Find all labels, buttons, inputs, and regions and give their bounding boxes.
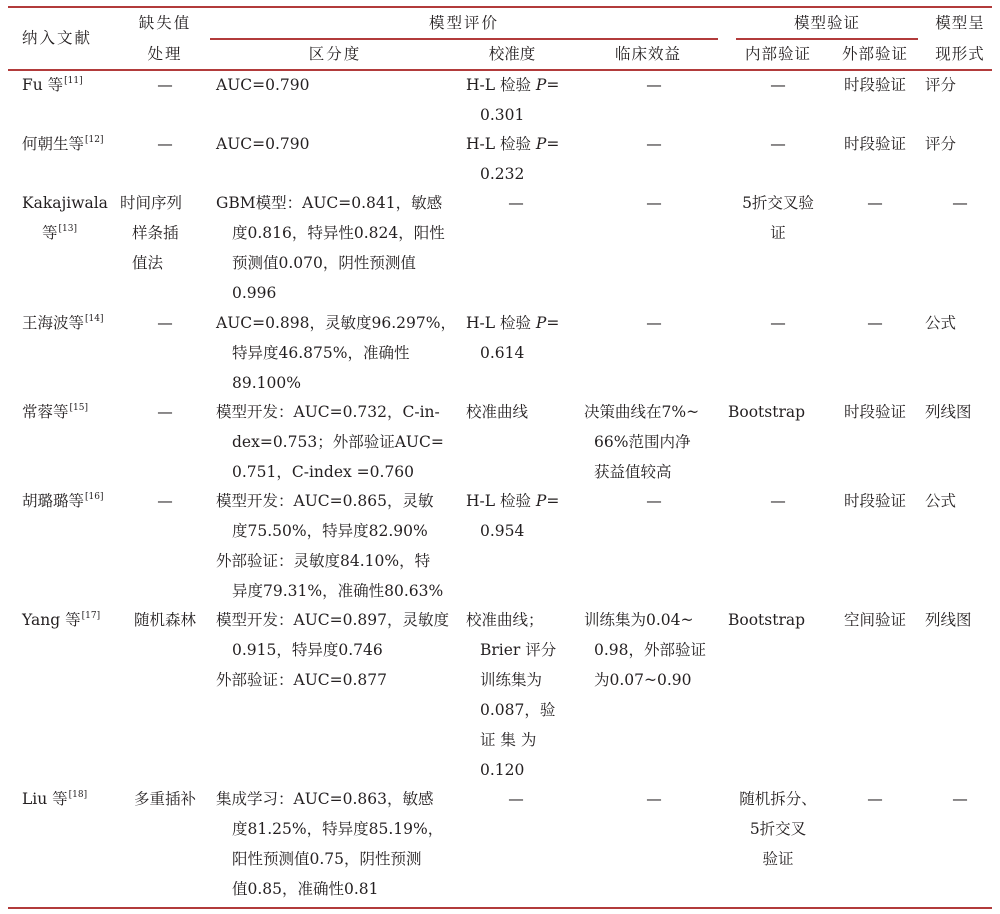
header-external: 外部验证 [825,39,925,69]
clinical-cell: — [584,188,724,218]
p-value-symbol: P [536,314,546,332]
header-discrimination: 区分度 [210,39,460,69]
clinical-line: — [584,486,724,516]
internal-line: — [728,129,828,159]
study-name: Kakajiwala [22,188,108,218]
clinical-line: 训练集为0.04~ [584,605,724,635]
missing-cell: 时间序列样条插值法 [120,188,210,278]
calibration-cell: H-L 检验 P=0.232 [466,129,566,189]
missing-line: — [120,129,210,159]
reference-number: [17] [82,611,100,621]
calibration-line: 0.954 [466,516,566,546]
missing-cell: — [120,129,210,159]
calibration-line: H-L 检验 P= [466,308,566,338]
calibration-line: H-L 检验 P= [466,129,566,159]
study-cell: Liu 等[18] [22,784,87,814]
presentation-cell: 列线图 [925,605,995,635]
header-missing-line2: 处理 [120,39,210,69]
reference-number: [11] [64,76,82,86]
header-presentation-line2: 现形式 [925,39,995,69]
discrimination-line: 度0.816，特异性0.824，阳性 [216,218,460,248]
calibration-line: — [466,188,566,218]
presentation-cell: 评分 [925,129,995,159]
calibration-cell: 校准曲线；Brier 评分训练集为0.087，验证 集 为0.120 [466,605,566,785]
clinical-cell: — [584,784,724,814]
external-line: — [825,784,925,814]
calibration-cell: — [466,784,566,814]
presentation-line: 评分 [925,70,995,100]
presentation-cell: 公式 [925,308,995,338]
external-cell: — [825,188,925,218]
presentation-line: 公式 [925,486,995,516]
discrimination-line: dex=0.753；外部验证AUC= [216,427,460,457]
clinical-line: — [584,70,724,100]
external-line: 时段验证 [825,486,925,516]
missing-line: — [120,70,210,100]
external-line: 空间验证 [825,605,925,635]
internal-line: — [728,70,828,100]
reference-number: [12] [85,135,103,145]
presentation-line: 列线图 [925,397,995,427]
header-calibration: 校准度 [462,39,562,69]
discrimination-line: 模型开发：AUC=0.732，C-in- [216,397,460,427]
study-cell: 何朝生等[12] [22,129,104,159]
discrimination-cell: AUC=0.898，灵敏度96.297%，特异度46.875%，准确性89.10… [216,308,460,398]
calibration-line: 0.232 [466,159,566,189]
calibration-line: 0.301 [466,100,566,130]
p-value-symbol: P [536,76,546,94]
presentation-cell: — [925,188,995,218]
study-name: 常蓉等 [22,403,69,421]
presentation-line: 列线图 [925,605,995,635]
clinical-cell: — [584,129,724,159]
header-missing-line1: 缺失值 [120,8,210,38]
internal-line: Bootstrap [728,397,828,427]
internal-line: 5折交叉验 [728,188,828,218]
p-value-symbol: P [536,135,546,153]
calibration-cell: — [466,188,566,218]
reference-number: [18] [69,790,87,800]
missing-line: 时间序列 [120,188,210,218]
clinical-line: 决策曲线在7%~ [584,397,724,427]
discrimination-line: AUC=0.790 [216,70,460,100]
clinical-cell: 训练集为0.04~0.98，外部验证为0.07~0.90 [584,605,724,695]
discrimination-cell: 模型开发：AUC=0.732，C-in-dex=0.753；外部验证AUC=0.… [216,397,460,487]
discrimination-line: 0.996 [216,278,460,308]
calibration-line: 证 集 为 [466,725,566,755]
external-cell: 时段验证 [825,486,925,516]
discrimination-cell: 模型开发：AUC=0.865，灵敏度75.50%，特异度82.90%外部验证：灵… [216,486,460,606]
external-line: — [825,308,925,338]
missing-cell: — [120,486,210,516]
calibration-line: H-L 检验 P= [466,70,566,100]
presentation-cell: 列线图 [925,397,995,427]
study-cell: Yang 等[17] [22,605,100,635]
external-cell: 时段验证 [825,70,925,100]
internal-cell: — [728,129,828,159]
study-cell: 王海波等[14] [22,308,104,338]
calibration-line: 训练集为 [466,665,566,695]
internal-cell: — [728,70,828,100]
p-value-symbol: P [536,492,546,510]
clinical-cell: — [584,70,724,100]
clinical-line: — [584,784,724,814]
discrimination-line: 89.100% [216,368,460,398]
internal-line: 5折交叉 [728,814,828,844]
missing-line: — [120,397,210,427]
clinical-line: — [584,308,724,338]
discrimination-cell: AUC=0.790 [216,70,460,100]
reference-number: [13] [59,224,77,234]
internal-line: 随机拆分、 [728,784,828,814]
study-cell: 常蓉等[15] [22,397,88,427]
discrimination-line: 0.915，特异度0.746 [216,635,460,665]
clinical-line: — [584,129,724,159]
study-cell: 胡璐璐等[16] [22,486,104,516]
header-validation-group: 模型验证 [736,8,918,38]
study-name: 胡璐璐等 [22,492,84,510]
missing-line: 样条插 [120,218,210,248]
discrimination-cell: GBM模型：AUC=0.841，敏感度0.816，特异性0.824，阳性预测值0… [216,188,460,308]
reference-number: [16] [85,492,103,502]
calibration-line: 校准曲线； [466,605,566,635]
discrimination-line: GBM模型：AUC=0.841，敏感 [216,188,460,218]
discrimination-cell: 集成学习：AUC=0.863，敏感度81.25%，特异度85.19%，阳性预测值… [216,784,460,904]
missing-line: 值法 [120,248,210,278]
calibration-cell: 校准曲线 [466,397,566,427]
clinical-line: 获益值较高 [584,457,724,487]
reference-number: [14] [85,314,103,324]
external-cell: 时段验证 [825,397,925,427]
clinical-line: — [584,188,724,218]
header-internal: 内部验证 [728,39,828,69]
internal-cell: — [728,486,828,516]
clinical-cell: — [584,486,724,516]
internal-line: Bootstrap [728,605,828,635]
internal-line: — [728,486,828,516]
calibration-cell: H-L 检验 P=0.614 [466,308,566,368]
header-presentation-line1: 模型呈 [925,8,995,38]
external-line: — [825,188,925,218]
presentation-line: 评分 [925,129,995,159]
internal-cell: 随机拆分、5折交叉验证 [728,784,828,874]
study-cell: Kakajiwala等[13] [22,188,108,248]
discrimination-line: AUC=0.790 [216,129,460,159]
clinical-line: 66%范围内净 [584,427,724,457]
discrimination-line: 外部验证：AUC=0.877 [216,665,460,695]
discrimination-line: 预测值0.070，阴性预测值 [216,248,460,278]
study-name: Yang 等 [22,611,81,629]
header-evaluation-group: 模型评价 [210,8,718,38]
missing-cell: 随机森林 [120,605,210,635]
header-study: 纳入文献 [22,23,92,53]
calibration-line: 0.614 [466,338,566,368]
external-line: 时段验证 [825,129,925,159]
calibration-cell: H-L 检验 P=0.301 [466,70,566,130]
reference-number: [15] [70,403,88,413]
missing-cell: — [120,308,210,338]
internal-line: 证 [728,218,828,248]
bottom-rule [8,907,992,909]
presentation-line: 公式 [925,308,995,338]
discrimination-line: 阳性预测值0.75，阴性预测 [216,844,460,874]
external-line: 时段验证 [825,70,925,100]
missing-line: — [120,486,210,516]
calibration-line: 0.120 [466,755,566,785]
header-clinical-benefit: 临床效益 [578,39,718,69]
internal-cell: 5折交叉验证 [728,188,828,248]
discrimination-line: 度75.50%，特异度82.90% [216,516,460,546]
discrimination-line: 异度79.31%，准确性80.63% [216,576,460,606]
internal-cell: — [728,308,828,338]
study-name: 何朝生等 [22,135,84,153]
discrimination-line: 模型开发：AUC=0.897，灵敏度 [216,605,460,635]
presentation-cell: — [925,784,995,814]
missing-line: 多重插补 [120,784,210,814]
internal-cell: Bootstrap [728,605,828,635]
external-cell: 空间验证 [825,605,925,635]
clinical-line: 0.98，外部验证 [584,635,724,665]
external-cell: — [825,308,925,338]
internal-line: 验证 [728,844,828,874]
missing-cell: — [120,70,210,100]
calibration-line: 校准曲线 [466,397,566,427]
calibration-line: — [466,784,566,814]
calibration-cell: H-L 检验 P=0.954 [466,486,566,546]
discrimination-line: 0.751，C-index =0.760 [216,457,460,487]
study-name: 王海波等 [22,314,84,332]
calibration-line: H-L 检验 P= [466,486,566,516]
missing-cell: 多重插补 [120,784,210,814]
discrimination-line: AUC=0.898，灵敏度96.297%， [216,308,460,338]
internal-line: — [728,308,828,338]
presentation-line: — [925,784,995,814]
calibration-line: 0.087，验 [466,695,566,725]
discrimination-line: 特异度46.875%，准确性 [216,338,460,368]
missing-cell: — [120,397,210,427]
discrimination-line: 度81.25%，特异度85.19%， [216,814,460,844]
study-name: Fu 等 [22,76,63,94]
presentation-line: — [925,188,995,218]
missing-line: — [120,308,210,338]
discrimination-line: 集成学习：AUC=0.863，敏感 [216,784,460,814]
presentation-cell: 公式 [925,486,995,516]
external-line: 时段验证 [825,397,925,427]
discrimination-cell: 模型开发：AUC=0.897，灵敏度0.915，特异度0.746外部验证：AUC… [216,605,460,695]
missing-line: 随机森林 [120,605,210,635]
calibration-line: Brier 评分 [466,635,566,665]
discrimination-cell: AUC=0.790 [216,129,460,159]
study-name-cont: 等[13] [22,218,108,248]
discrimination-line: 外部验证：灵敏度84.10%，特 [216,546,460,576]
internal-cell: Bootstrap [728,397,828,427]
presentation-cell: 评分 [925,70,995,100]
discrimination-line: 模型开发：AUC=0.865，灵敏 [216,486,460,516]
study-cell: Fu 等[11] [22,70,83,100]
external-cell: 时段验证 [825,129,925,159]
clinical-cell: — [584,308,724,338]
clinical-line: 为0.07~0.90 [584,665,724,695]
study-name: Liu 等 [22,790,68,808]
discrimination-line: 值0.85，准确性0.81 [216,874,460,904]
external-cell: — [825,784,925,814]
clinical-cell: 决策曲线在7%~66%范围内净获益值较高 [584,397,724,487]
